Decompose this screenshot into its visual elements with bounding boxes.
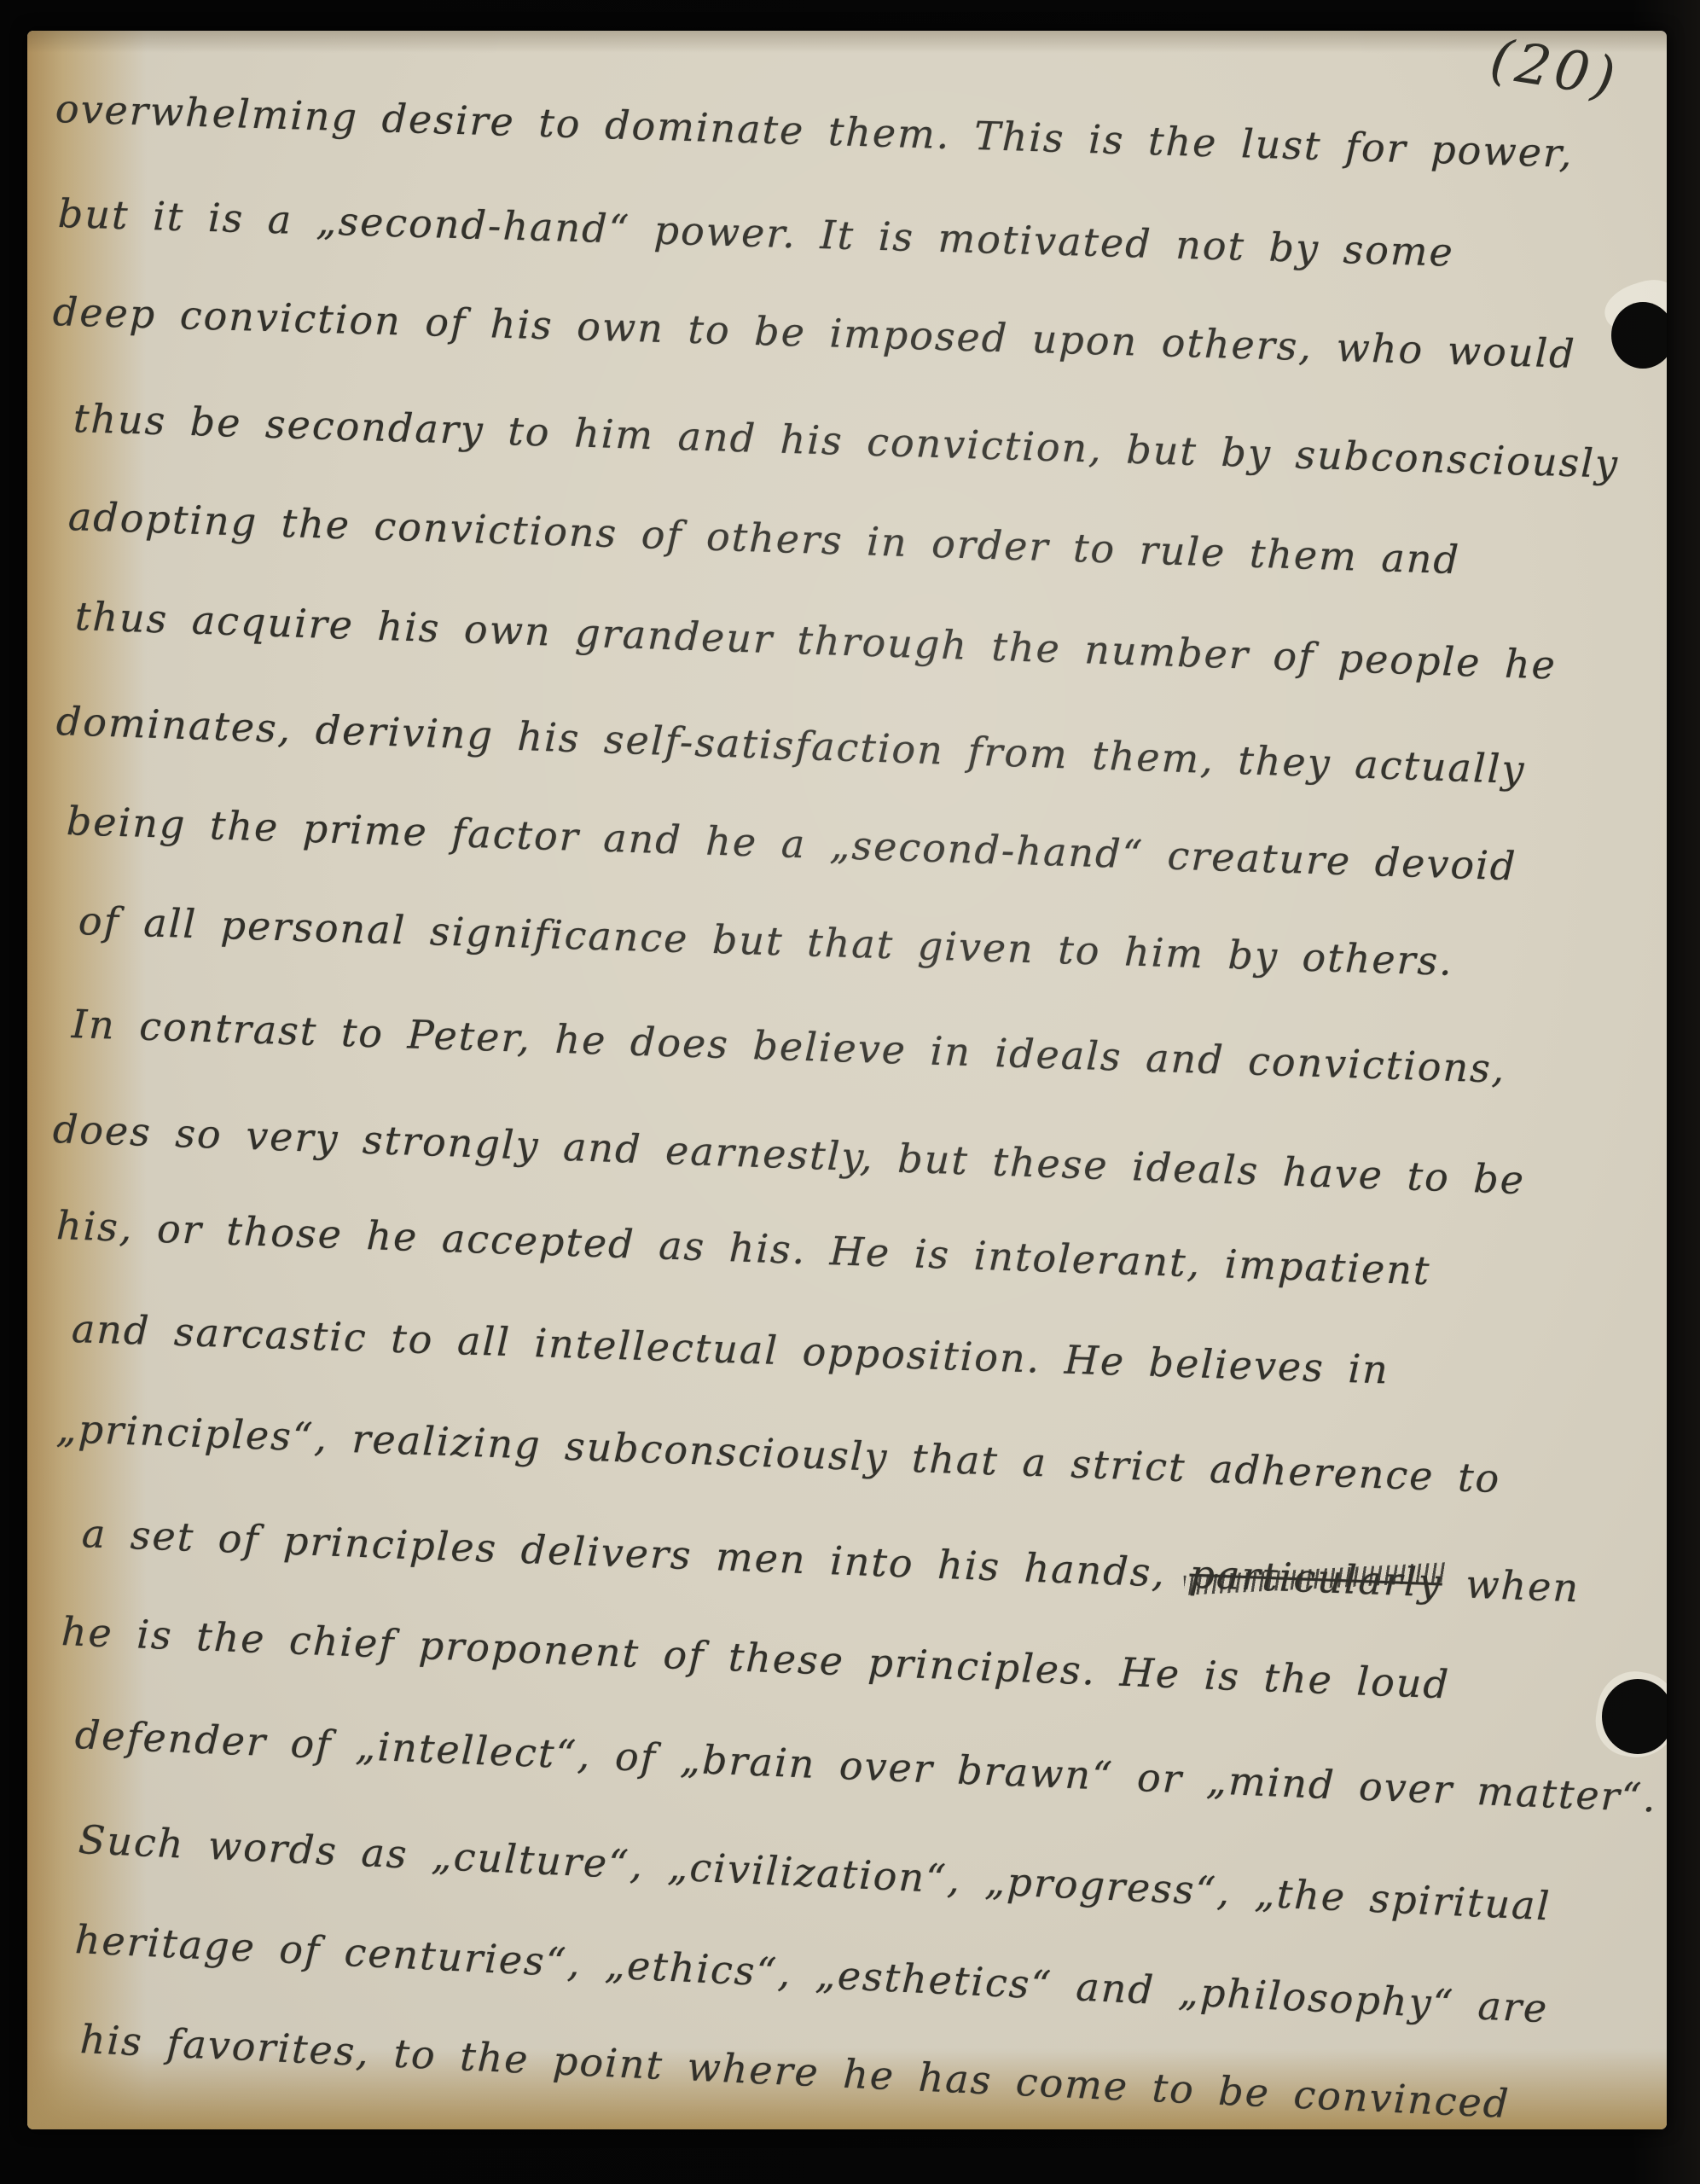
manuscript-line: thus be secondary to him and his convict… [73, 395, 1620, 487]
manuscript-line: a set of principles delivers men into hi… [81, 1510, 1581, 1611]
manuscript-line: Such words as „culture“, „civilization“,… [78, 1816, 1552, 1929]
manuscript-line: being the prime factor and he a „second-… [66, 798, 1517, 889]
crossed-out-word: particularly [1189, 1551, 1443, 1606]
manuscript-line: of all personal significance but that gi… [78, 897, 1453, 985]
manuscript-line: defender of „intellect“, of „brain over … [74, 1711, 1658, 1821]
hole-punch [1611, 302, 1667, 369]
manuscript-page: (20) overwhelming desire to dominate the… [27, 31, 1667, 2129]
scanned-document: { "document": { "type": "handwritten man… [0, 0, 1700, 2184]
manuscript-line: his favorites, to the point where he has… [79, 2016, 1511, 2127]
manuscript-line: and sarcastic to all intellectual opposi… [71, 1305, 1390, 1393]
manuscript-line: heritage of centuries“, „ethics“, „esthe… [74, 1916, 1550, 2031]
manuscript-text: overwhelming desire to dominate them. Th… [27, 31, 1667, 2129]
manuscript-line: he is the chief proponent of these princ… [61, 1608, 1451, 1707]
manuscript-line: his, or those he accepted as his. He is … [55, 1202, 1431, 1293]
manuscript-line: does so very strongly and earnestly, but… [52, 1106, 1526, 1203]
manuscript-line: thus acquire his own grandeur through th… [74, 593, 1558, 688]
manuscript-line: adopting the convictions of others in or… [67, 493, 1461, 583]
manuscript-line: dominates, deriving his self-satisfactio… [55, 698, 1526, 793]
manuscript-line: „principles“, realizing subconsciously t… [55, 1405, 1501, 1501]
manuscript-line: overwhelming desire to dominate them. Th… [55, 85, 1574, 177]
hole-punch [1602, 1679, 1667, 1754]
manuscript-line: deep conviction of his own to be imposed… [52, 288, 1576, 377]
manuscript-line: but it is a „second-hand“ power. It is m… [57, 190, 1454, 276]
manuscript-line: In contrast to Peter, he does believe in… [71, 1001, 1506, 1092]
